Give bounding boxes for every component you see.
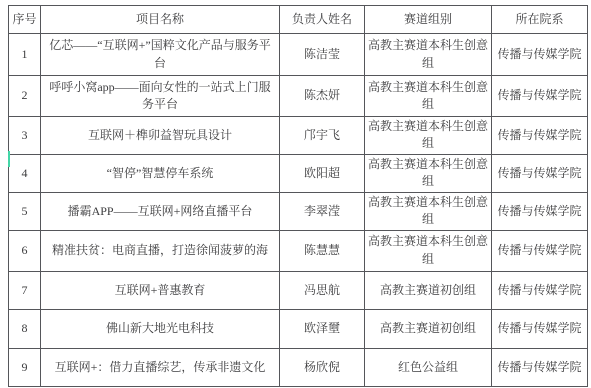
cell-leader: 杨欣倪: [280, 348, 365, 386]
table-row: 3 互联网＋榫卯益智玩具设计 邝宇飞 高教主赛道本科生创意组 传播与传媒学院: [9, 117, 588, 155]
header-track: 赛道组别: [365, 6, 492, 34]
cell-no: 4: [9, 154, 41, 192]
header-project: 项目名称: [41, 6, 280, 34]
cell-department: 传播与传媒学院: [492, 309, 588, 348]
cell-project: 互联网＋榫卯益智玩具设计: [41, 117, 280, 155]
cell-track: 高教主赛道本科生创意组: [365, 192, 492, 230]
cell-no: 5: [9, 192, 41, 230]
cell-department: 传播与传媒学院: [492, 230, 588, 271]
cell-track: 高教主赛道本科生创意组: [365, 230, 492, 271]
table-row: 8 佛山新大地光电科技 欧泽壐 高教主赛道初创组 传播与传媒学院: [9, 309, 588, 348]
table-row: 4 “智停”智慧停车系统 欧阳超 高教主赛道本科生创意组 传播与传媒学院: [9, 154, 588, 192]
cell-leader: 冯思航: [280, 271, 365, 309]
projects-table: 序号 项目名称 负责人姓名 赛道组别 所在院系 1 亿芯——“互联网+”国粹文化…: [8, 5, 588, 387]
cell-track: 红色公益组: [365, 348, 492, 386]
cell-project: 互联网+普惠教育: [41, 271, 280, 309]
green-border-artifact: [8, 151, 10, 167]
header-row: 序号 项目名称 负责人姓名 赛道组别 所在院系: [9, 6, 588, 34]
cell-track: 高教主赛道初创组: [365, 309, 492, 348]
cell-no: 2: [9, 76, 41, 117]
cell-track: 高教主赛道本科生创意组: [365, 76, 492, 117]
header-no: 序号: [9, 6, 41, 34]
cell-project: 精准扶贫：电商直播，打造徐闻菠萝的海: [41, 230, 280, 271]
cell-department: 传播与传媒学院: [492, 348, 588, 386]
cell-leader: 陈慧慧: [280, 230, 365, 271]
header-leader: 负责人姓名: [280, 6, 365, 34]
cell-project: 播霸APP——互联网+网络直播平台: [41, 192, 280, 230]
cell-department: 传播与传媒学院: [492, 271, 588, 309]
cell-track: 高教主赛道初创组: [365, 271, 492, 309]
header-department: 所在院系: [492, 6, 588, 34]
cell-leader: 邝宇飞: [280, 117, 365, 155]
cell-no: 7: [9, 271, 41, 309]
cell-track: 高教主赛道本科生创意组: [365, 117, 492, 155]
cell-leader: 陈洁莹: [280, 34, 365, 76]
cell-department: 传播与传媒学院: [492, 154, 588, 192]
cell-leader: 李翠滢: [280, 192, 365, 230]
cell-project: 佛山新大地光电科技: [41, 309, 280, 348]
table-row: 1 亿芯——“互联网+”国粹文化产品与服务平台 陈洁莹 高教主赛道本科生创意组 …: [9, 34, 588, 76]
cell-track: 高教主赛道本科生创意组: [365, 154, 492, 192]
cell-no: 6: [9, 230, 41, 271]
cell-no: 9: [9, 348, 41, 386]
cell-project: 亿芯——“互联网+”国粹文化产品与服务平台: [41, 34, 280, 76]
cell-leader: 欧阳超: [280, 154, 365, 192]
cell-department: 传播与传媒学院: [492, 192, 588, 230]
cell-no: 1: [9, 34, 41, 76]
table-row: 6 精准扶贫：电商直播，打造徐闻菠萝的海 陈慧慧 高教主赛道本科生创意组 传播与…: [9, 230, 588, 271]
cell-track: 高教主赛道本科生创意组: [365, 34, 492, 76]
table-row: 9 互联网+：借力直播综艺，传承非遗文化 杨欣倪 红色公益组 传播与传媒学院: [9, 348, 588, 386]
cell-department: 传播与传媒学院: [492, 34, 588, 76]
cell-no: 8: [9, 309, 41, 348]
cell-department: 传播与传媒学院: [492, 117, 588, 155]
cell-project: 呼呼小窝app——面向女性的一站式上门服务平台: [41, 76, 280, 117]
cell-leader: 陈杰妍: [280, 76, 365, 117]
table-row: 7 互联网+普惠教育 冯思航 高教主赛道初创组 传播与传媒学院: [9, 271, 588, 309]
table-row: 5 播霸APP——互联网+网络直播平台 李翠滢 高教主赛道本科生创意组 传播与传…: [9, 192, 588, 230]
cell-leader: 欧泽壐: [280, 309, 365, 348]
cell-project: 互联网+：借力直播综艺，传承非遗文化: [41, 348, 280, 386]
table-row: 2 呼呼小窝app——面向女性的一站式上门服务平台 陈杰妍 高教主赛道本科生创意…: [9, 76, 588, 117]
cell-department: 传播与传媒学院: [492, 76, 588, 117]
cell-no: 3: [9, 117, 41, 155]
cell-project: “智停”智慧停车系统: [41, 154, 280, 192]
